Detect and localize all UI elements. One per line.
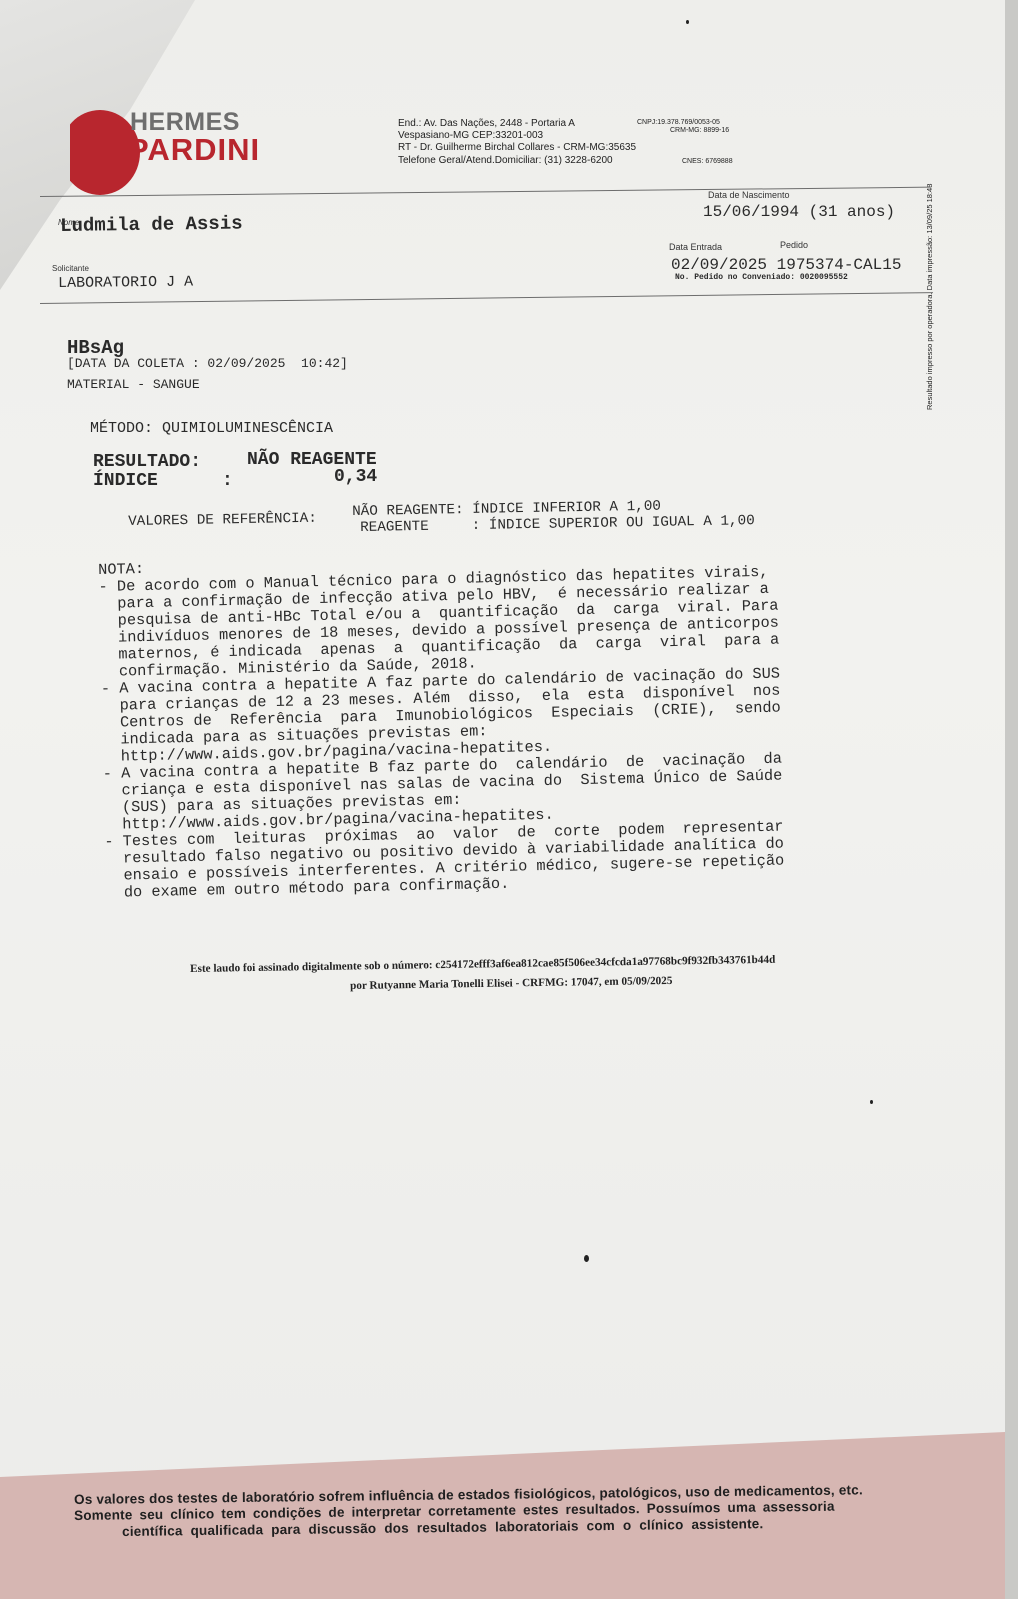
lab-crm: CRM-MG: 8899-16: [670, 127, 729, 134]
agreement-order-number: No. Pedido no Conveniado: 0020095552: [675, 273, 848, 282]
index-value: 0,34: [334, 467, 377, 487]
lab-cnes: CNES: 6769888: [682, 158, 733, 165]
paper-speck: [686, 20, 689, 24]
result-label: RESULTADO:: [93, 452, 201, 472]
brand-name-bottom: PARDINI: [128, 132, 260, 168]
index-separator: :: [222, 471, 233, 491]
lab-cnpj: CNPJ:19.378.769/0053-05: [637, 119, 720, 126]
entry-date-label: Data Entrada: [669, 242, 722, 252]
material: MATERIAL - SANGUE: [67, 377, 200, 392]
lab-address: End.: Av. Das Nações, 2448 - Portaria A: [398, 118, 575, 129]
requester-label: Solicitante: [52, 264, 89, 273]
requester: LABORATORIO J A: [58, 274, 193, 292]
reference-label: VALORES DE REFERÊNCIA:: [128, 511, 317, 530]
birth-date: 15/06/1994 (31 anos): [703, 203, 895, 221]
page-edge: [1005, 0, 1018, 1599]
collection-date: [DATA DA COLETA : 02/09/2025 10:42]: [67, 356, 348, 371]
index-label: ÍNDICE: [93, 471, 158, 491]
method: MÉTODO: QUIMIOLUMINESCÊNCIA: [90, 420, 333, 437]
entry-and-order: 02/09/2025 1975374-CAL15: [671, 256, 901, 274]
lab-phone: Telefone Geral/Atend.Domiciliar: (31) 32…: [398, 155, 613, 166]
notes-section: NOTA: - De acordo com o Manual técnico p…: [98, 544, 906, 902]
lab-city: Vespasiano-MG CEP:33201-003: [398, 130, 543, 141]
order-label: Pedido: [780, 240, 808, 250]
birth-label: Data de Nascimento: [708, 190, 790, 200]
lab-rt: RT - Dr. Guilherme Birchal Collares - CR…: [398, 142, 636, 153]
print-info-vertical: Resultado impresso por operadora. Data i…: [925, 184, 934, 410]
patient-name: Ludmila de Assis: [60, 212, 243, 237]
paper-speck: [870, 1100, 873, 1104]
paper-speck: [584, 1255, 589, 1262]
